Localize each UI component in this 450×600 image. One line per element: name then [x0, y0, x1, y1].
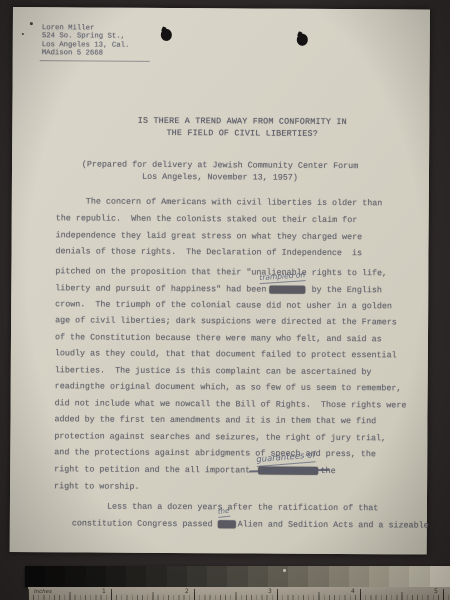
body-line: added by the first ten amendments and it… — [54, 414, 376, 426]
body-line: age of civil liberties; dark suspicions … — [55, 315, 397, 327]
address-line: 524 So. Spring St., — [42, 32, 130, 41]
grayscale-step — [409, 566, 429, 587]
document-page: Loren Miller524 So. Spring St.,Los Angel… — [10, 7, 430, 555]
grayscale-step — [227, 566, 247, 587]
grayscale-step — [167, 566, 187, 587]
ruler-number: 3 — [268, 588, 272, 595]
grayscale-step — [45, 566, 65, 587]
body-line: right to worship. — [54, 481, 140, 492]
grayscale-step — [146, 566, 166, 587]
body-line: and the protections against abridgments … — [54, 447, 376, 459]
grayscale-step — [65, 566, 85, 587]
body-line: crown. The triumph of the colonial cause… — [55, 299, 392, 311]
ruler-number: 4 — [351, 588, 355, 595]
body-line: the republic. When the colonists staked … — [56, 213, 358, 225]
ink-speck — [30, 22, 33, 25]
title-line: THE FIELD OF CIVIL LIBERTIES? — [56, 127, 428, 141]
body-line: independence they laid great stress on w… — [56, 230, 363, 242]
grayscale-step — [389, 566, 409, 587]
body-line: denials of those rights. The Declaration… — [55, 246, 362, 258]
handwritten-annotation: trampled on — [259, 270, 305, 283]
document-subtitle: (Prepared for delivery at Jewish Communi… — [12, 159, 428, 185]
ruler-number: 5 — [434, 588, 438, 595]
ruler-number: 1 — [102, 588, 106, 595]
grayscale-step — [369, 566, 389, 587]
ink-strikeout — [218, 520, 236, 528]
handwritten-annotation: the — [217, 507, 229, 518]
address-underline — [40, 60, 150, 62]
grayscale-step — [86, 566, 106, 587]
body-line: protection against searches and seizures… — [54, 431, 386, 443]
grayscale-step — [106, 566, 126, 587]
scanned-document: Loren Miller524 So. Spring St.,Los Angel… — [0, 0, 450, 600]
hole-punch-right — [297, 34, 308, 46]
body-line: pitched on the proposition that their "u… — [55, 266, 387, 278]
body-line: did not include what we nowcall the Bill… — [55, 398, 407, 410]
grayscale-step — [430, 566, 450, 587]
address-line: MAdison 5 2668 — [42, 49, 130, 58]
grayscale-step — [308, 566, 328, 587]
sender-address-block: Loren Miller524 So. Spring St.,Los Angel… — [42, 24, 130, 58]
grayscale-step — [248, 566, 268, 587]
ruler: Inches 12345 — [28, 587, 450, 600]
body-line: liberties. The justice is this complaint… — [55, 365, 372, 377]
dust-speck — [283, 569, 286, 572]
grayscale-step — [25, 566, 45, 587]
ink-speck — [22, 33, 24, 35]
ink-strikeout — [258, 467, 318, 475]
ruler-inches-label: Inches — [34, 589, 52, 595]
grayscale-calibration-strip — [25, 566, 450, 587]
body-line: Less than a dozen years after the ratifi… — [107, 502, 378, 514]
document-title: IS THERE A TREND AWAY FROM CONFORMITY IN… — [56, 115, 428, 140]
ruler-number: 2 — [185, 588, 189, 595]
subtitle-line: Los Angeles, November 13, 1957) — [12, 170, 428, 184]
body-line: liberty and pursuit of happiness" had be… — [55, 283, 382, 295]
grayscale-step — [126, 566, 146, 587]
body-line: of the Constitution because there were m… — [55, 332, 382, 344]
hole-punch-left — [161, 29, 172, 41]
grayscale-step — [349, 566, 369, 587]
body-line: readingthe original document which, as s… — [55, 381, 402, 393]
body-line: constitution Congress passed Alien and S… — [72, 518, 429, 530]
body-line: loudly as they could, that that document… — [55, 348, 397, 360]
grayscale-step — [288, 566, 308, 587]
body-line: The concern of Americans with civil libe… — [86, 196, 383, 208]
ink-strikeout — [269, 286, 305, 294]
grayscale-step — [207, 566, 227, 587]
grayscale-step — [187, 566, 207, 587]
grayscale-step — [329, 566, 349, 587]
